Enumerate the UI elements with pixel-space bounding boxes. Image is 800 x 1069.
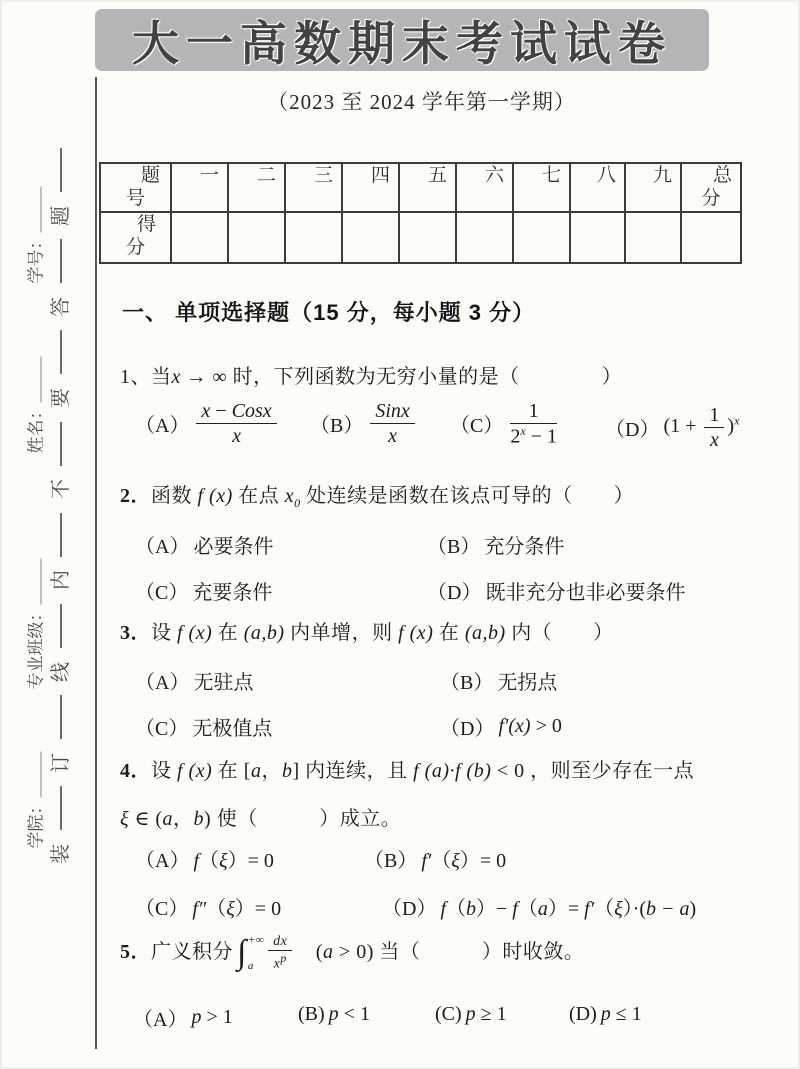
question-5-option-c: (C) p ≥ 1 bbox=[435, 1003, 507, 1026]
class-label: 专业班级： bbox=[22, 559, 47, 690]
score-cell bbox=[285, 212, 342, 263]
exam-paper-page: 大一高数期末考试试卷 （2023 至 2024 学年第一学期） 学号： 姓名： … bbox=[2, 2, 798, 1067]
column-header-7: 七 bbox=[513, 163, 570, 212]
question-3-stem: 3．设 f (x) 在 (a,b) 内单增，则 f (x) 在 (a,b) 内（… bbox=[120, 616, 614, 645]
question-1-option-a: （A） x − Cosxx bbox=[135, 400, 280, 447]
binding-char: 不 bbox=[51, 479, 71, 499]
binding-char: 题 bbox=[51, 206, 71, 226]
question-2-option-a: （A） 必要条件 bbox=[135, 530, 273, 559]
total-header-line2: 分 bbox=[682, 188, 740, 211]
corner-cell-line2: 号 bbox=[101, 188, 170, 211]
option-formula: x − Cosxx bbox=[193, 400, 279, 447]
score-cell bbox=[228, 212, 285, 263]
question-4-option-c: （C） f″（ξ）= 0 bbox=[135, 892, 281, 921]
option-label: （A） bbox=[135, 666, 189, 695]
question-2-stem: 2．函数 f (x) 在点 x0 处连续是函数在该点可导的（ ） bbox=[120, 479, 634, 511]
option-formula: 12x − 1 bbox=[507, 400, 560, 448]
option-text: 既非充分也非必要条件 bbox=[485, 576, 685, 605]
option-label: （B） bbox=[364, 844, 417, 873]
name-label: 姓名： bbox=[22, 357, 47, 454]
option-text: 充要条件 bbox=[192, 576, 272, 605]
class-label-text: 专业班级： bbox=[27, 605, 46, 690]
question-5-option-d: (D) p ≤ 1 bbox=[569, 1003, 642, 1026]
option-formula: p < 1 bbox=[329, 1003, 370, 1026]
score-cell bbox=[342, 212, 399, 263]
binding-char: 要 bbox=[51, 388, 71, 408]
student-id-label: 学号： bbox=[22, 187, 47, 284]
binding-line-column: 题 答 要 不 内 线 订 装 bbox=[49, 148, 73, 864]
question-2-option-c: （C） 充要条件 bbox=[135, 576, 272, 605]
option-label: （B） bbox=[440, 666, 493, 695]
section-heading: 一、 单项选择题（15 分，每小题 3 分） bbox=[122, 296, 535, 327]
option-label: (C) bbox=[435, 1003, 462, 1026]
question-4-option-a: （A） f（ξ）= 0 bbox=[135, 844, 274, 873]
student-id-blank bbox=[39, 187, 42, 233]
binding-char: 订 bbox=[51, 753, 71, 773]
title-banner: 大一高数期末考试试卷 bbox=[95, 9, 709, 71]
option-text: 充分条件 bbox=[484, 530, 564, 559]
score-label-line2: 分 bbox=[101, 237, 170, 260]
score-cell bbox=[570, 212, 625, 263]
binding-separator-line bbox=[95, 77, 97, 1049]
option-label: （C） bbox=[450, 409, 503, 438]
binding-dash bbox=[60, 148, 62, 192]
option-label: （A） bbox=[135, 409, 189, 438]
name-label-text: 姓名： bbox=[27, 403, 46, 454]
option-text: 必要条件 bbox=[193, 530, 273, 559]
option-label: （A） bbox=[133, 1003, 187, 1032]
option-text: 无驻点 bbox=[193, 666, 253, 695]
option-label: （D） bbox=[427, 576, 481, 605]
question-1-stem: 1、当x → ∞ 时，下列函数为无穷小量的是（ ） bbox=[120, 360, 622, 389]
question-2-option-b: （B） 充分条件 bbox=[427, 530, 564, 559]
total-score-header: 总 分 bbox=[681, 163, 741, 212]
college-blank bbox=[39, 752, 42, 798]
binding-dash bbox=[60, 239, 62, 283]
binding-dash bbox=[60, 422, 62, 466]
option-formula: f（b）− f（a）= f′（ξ）·(b − a) bbox=[440, 892, 696, 921]
option-formula: (1 + 1x)x bbox=[663, 404, 739, 451]
option-formula: f′（ξ）= 0 bbox=[421, 844, 506, 873]
total-header-line1: 总 bbox=[682, 165, 740, 188]
binding-dash bbox=[60, 513, 62, 557]
question-5-stem: 5．广义积分∫+∞adxxp (a > 0) 当（ ）时收敛。 bbox=[120, 934, 584, 972]
binding-dash bbox=[60, 330, 62, 374]
score-cell bbox=[456, 212, 513, 263]
question-1-option-d: （D） (1 + 1x)x bbox=[605, 404, 739, 451]
binding-dash bbox=[60, 786, 62, 830]
column-header-4: 四 bbox=[342, 163, 399, 212]
option-label: （C） bbox=[135, 892, 188, 921]
column-header-3: 三 bbox=[285, 163, 342, 212]
question-5-option-b: (B) p < 1 bbox=[298, 1003, 370, 1026]
college-label-text: 学院： bbox=[27, 798, 46, 849]
question-2-option-d: （D） 既非充分也非必要条件 bbox=[427, 576, 685, 605]
option-text: 无极值点 bbox=[192, 712, 272, 741]
question-5-option-a: （A） p > 1 bbox=[133, 1003, 233, 1032]
option-formula: f′(x) > 0 bbox=[498, 715, 561, 738]
subtitle-semester: （2023 至 2024 学年第一学期） bbox=[99, 86, 744, 116]
score-cell bbox=[513, 212, 570, 263]
option-label: （D） bbox=[382, 892, 436, 921]
name-blank bbox=[39, 357, 42, 403]
question-3-option-d: （D） f′(x) > 0 bbox=[440, 712, 562, 741]
binding-char: 装 bbox=[51, 844, 71, 864]
question-1-option-c: （C） 12x − 1 bbox=[450, 400, 560, 448]
score-cell bbox=[399, 212, 456, 263]
option-label: （D） bbox=[605, 413, 659, 442]
option-formula: f（ξ）= 0 bbox=[193, 844, 273, 873]
option-label: （C） bbox=[135, 576, 188, 605]
question-3-option-b: （B） 无拐点 bbox=[440, 666, 557, 695]
column-header-6: 六 bbox=[456, 163, 513, 212]
question-4-stem-line2: ξ ∈ (a，b) 使（ ）成立。 bbox=[120, 802, 401, 831]
score-table: 题 号 一 二 三 四 五 六 七 八 九 总 分 得 分 bbox=[99, 162, 742, 264]
option-label: (D) bbox=[569, 1003, 597, 1026]
page-title: 大一高数期末考试试卷 bbox=[132, 7, 672, 74]
score-cell-total bbox=[681, 212, 741, 263]
option-formula: p > 1 bbox=[191, 1006, 232, 1029]
option-label: （A） bbox=[135, 844, 189, 873]
column-header-8: 八 bbox=[570, 163, 625, 212]
option-formula: f″（ξ）= 0 bbox=[192, 892, 281, 921]
score-row-label: 得 分 bbox=[100, 212, 171, 263]
question-4-option-b: （B） f′（ξ）= 0 bbox=[364, 844, 506, 873]
option-formula: p ≥ 1 bbox=[466, 1003, 507, 1026]
option-formula: p ≤ 1 bbox=[601, 1003, 642, 1026]
option-text: 无拐点 bbox=[497, 666, 557, 695]
score-cell bbox=[171, 212, 228, 263]
binding-dash bbox=[60, 604, 62, 648]
column-header-1: 一 bbox=[171, 163, 228, 212]
binding-char: 答 bbox=[51, 297, 71, 317]
option-label: （B） bbox=[427, 530, 480, 559]
binding-char: 线 bbox=[51, 662, 71, 682]
class-blank bbox=[39, 559, 42, 605]
question-4-stem-line1: 4．设 f (x) 在 [a，b] 内连续，且 f (a)·f (b) < 0 … bbox=[120, 754, 694, 783]
question-4-option-d: （D） f（b）− f（a）= f′（ξ）·(b − a) bbox=[382, 892, 696, 921]
option-label: （A） bbox=[135, 530, 189, 559]
option-label: （C） bbox=[135, 712, 188, 741]
column-header-5: 五 bbox=[399, 163, 456, 212]
option-label: （B） bbox=[310, 409, 363, 438]
question-1-option-b: （B） Sinxx bbox=[310, 400, 418, 447]
student-id-label-text: 学号： bbox=[27, 233, 46, 284]
question-3-option-c: （C） 无极值点 bbox=[135, 712, 272, 741]
option-label: (B) bbox=[298, 1003, 325, 1026]
binding-dash bbox=[60, 695, 62, 739]
corner-cell-question-number: 题 号 bbox=[100, 163, 171, 212]
binding-char: 内 bbox=[51, 570, 71, 590]
column-header-2: 二 bbox=[228, 163, 285, 212]
score-label-line1: 得 bbox=[101, 214, 170, 237]
score-cell bbox=[625, 212, 681, 263]
question-3-option-a: （A） 无驻点 bbox=[135, 666, 253, 695]
column-header-9: 九 bbox=[625, 163, 681, 212]
college-label: 学院： bbox=[22, 752, 47, 849]
corner-cell-line1: 题 bbox=[101, 165, 170, 188]
option-formula: Sinxx bbox=[367, 400, 417, 447]
option-label: （D） bbox=[440, 712, 494, 741]
